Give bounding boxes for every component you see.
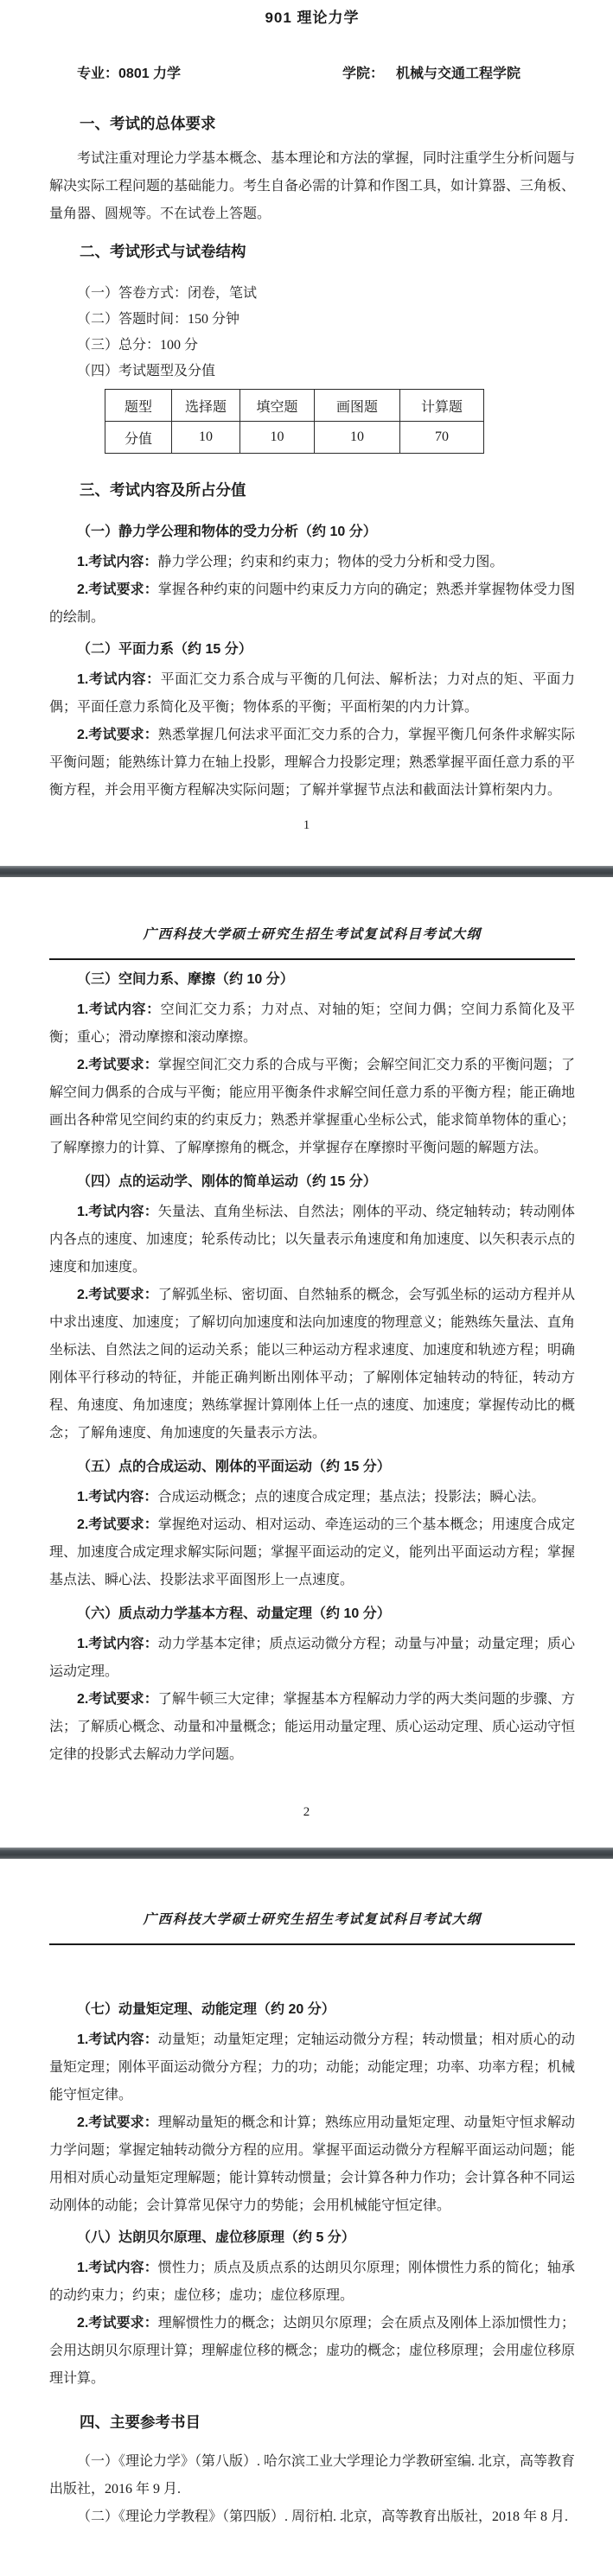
content-label: 1.考试内容： <box>77 1490 157 1504</box>
major-value: 0801 力学 <box>118 67 181 81</box>
major-label: 专业： <box>77 67 118 81</box>
page-1: 901 理论力学 专业：0801 力学 学院：机械与交通工程学院 一、考试的总体… <box>0 0 613 866</box>
section-4-content: 1.考试内容：矢量法、直角坐标法、自然法；刚体的平动、绕定轴转动；转动刚体内各点… <box>49 1199 575 1282</box>
section-4-requirement: 2.考试要求：了解弧坐标、密切面、自然轴系的概念，会写弧坐标的运动方程并从中求出… <box>49 1282 575 1447</box>
section-2-content: 1.考试内容：平面汇交力系合成与平衡的几何法、解析法；力对点的矩、平面力偶；平面… <box>49 666 575 722</box>
content-label: 1.考试内容： <box>77 555 157 569</box>
list-item: （二）答题时间：150 分钟 <box>49 307 575 333</box>
page-header: 广西科技大学硕士研究生招生考试复试科目考试大纲 <box>49 877 575 945</box>
section-3-requirement: 2.考试要求：掌握空间汇交力系的合成与平衡；会解空间汇交力系的平衡问题；了解空间… <box>49 1052 575 1162</box>
reference-list: （一）《理论力学》（第八版）. 哈尔滨工业大学理论力学教研室编. 北京，高等教育… <box>49 2448 575 2531</box>
requirement-label: 2.考试要求： <box>77 2316 158 2331</box>
page-header: 广西科技大学硕士研究生招生考试复试科目考试大纲 <box>49 1859 575 1930</box>
table-header-cell: 选择题 <box>172 390 240 422</box>
college-value: 机械与交通工程学院 <box>396 67 520 81</box>
part4-heading: 四、主要参考书目 <box>49 2412 575 2433</box>
requirement-label: 2.考试要求： <box>77 1692 158 1707</box>
part1-paragraph: 考试注重对理论力学基本概念、基本理论和方法的掌握，同时注重学生分析问题与解决实际… <box>49 145 575 228</box>
header-rule <box>49 1943 575 1945</box>
section-3-content: 1.考试内容：空间汇交力系；力对点、对轴的矩；空间力偶；空间力系简化及平衡；重心… <box>49 996 575 1052</box>
college-group: 学院：机械与交通工程学院 <box>342 65 520 84</box>
score-table: 题型 选择题 填空题 画图题 计算题 分值 10 10 10 70 <box>105 389 484 454</box>
content-label: 1.考试内容： <box>77 1002 161 1017</box>
section-1-requirement: 2.考试要求：掌握各种约束的问题中约束反力方向的确定；熟悉并掌握物体受力图的绘制… <box>49 576 575 632</box>
requirement-label: 2.考试要求： <box>77 1058 158 1072</box>
document-title: 901 理论力学 <box>49 0 575 29</box>
content-text: 合成运动概念；点的速度合成定理；基点法；投影法；瞬心法。 <box>157 1490 545 1504</box>
table-cell: 分值 <box>105 422 172 454</box>
document-viewer: 901 理论力学 专业：0801 力学 学院：机械与交通工程学院 一、考试的总体… <box>0 0 613 2576</box>
section-7-heading: （七）动量矩定理、动能定理（约 20 分） <box>49 1999 575 2021</box>
table-cell: 10 <box>172 422 240 454</box>
requirement-label: 2.考试要求： <box>77 582 158 597</box>
requirement-label: 2.考试要求： <box>77 1288 158 1302</box>
exam-format-list: （一）答卷方式：闭卷，笔试 （二）答题时间：150 分钟 （三）总分：100 分… <box>49 281 575 385</box>
part1-heading: 一、考试的总体要求 <box>49 113 575 134</box>
table-cell: 10 <box>315 422 400 454</box>
page-separator <box>0 866 613 877</box>
section-6-content: 1.考试内容：动力学基本定律；质点运动微分方程；动量与冲量；动量定理；质心运动定… <box>49 1631 575 1686</box>
content-label: 1.考试内容： <box>77 1637 158 1651</box>
list-item: （一）答卷方式：闭卷，笔试 <box>49 281 575 307</box>
section-8-heading: （八）达朗贝尔原理、虚位移原理（约 5 分） <box>49 2227 575 2249</box>
page-2: 广西科技大学硕士研究生招生考试复试科目考试大纲 （三）空间力系、摩擦（约 10 … <box>0 877 613 1848</box>
page-number: 1 <box>0 818 613 833</box>
section-8-requirement: 2.考试要求：理解惯性力的概念；达朗贝尔原理；会在质点及刚体上添加惯性力；会用达… <box>49 2310 575 2393</box>
table-row: 分值 10 10 10 70 <box>105 422 484 454</box>
requirement-label: 2.考试要求： <box>77 728 158 742</box>
requirement-label: 2.考试要求： <box>77 1517 158 1532</box>
content-label: 1.考试内容： <box>77 672 161 687</box>
section-1-heading: （一）静力学公理和物体的受力分析（约 10 分） <box>49 521 575 544</box>
content-label: 1.考试内容： <box>77 2032 158 2047</box>
table-cell: 10 <box>240 422 315 454</box>
table-header-cell: 题型 <box>105 390 172 422</box>
table-header-cell: 计算题 <box>400 390 484 422</box>
part2-heading: 二、考试形式与试卷结构 <box>49 241 575 262</box>
content-label: 1.考试内容： <box>77 1205 158 1219</box>
section-6-heading: （六）质点动力学基本方程、动量定理（约 10 分） <box>49 1603 575 1625</box>
section-2-heading: （二）平面力系（约 15 分） <box>49 639 575 661</box>
content-label: 1.考试内容： <box>77 2261 158 2275</box>
meta-row: 专业：0801 力学 学院：机械与交通工程学院 <box>49 65 575 84</box>
page-number: 2 <box>0 1805 613 1820</box>
section-4-heading: （四）点的运动学、刚体的简单运动（约 15 分） <box>49 1171 575 1193</box>
section-2-requirement: 2.考试要求：熟悉掌握几何法求平面汇交力系的合力，掌握平衡几何条件求解实际平衡问… <box>49 722 575 805</box>
requirement-text: 了解弧坐标、密切面、自然轴系的概念，会写弧坐标的运动方程并从中求出速度、加速度；… <box>49 1288 575 1441</box>
college-label: 学院： <box>342 67 384 81</box>
header-rule <box>49 958 575 960</box>
list-item: （四）考试题型及分值 <box>49 359 575 385</box>
page-separator <box>0 1848 613 1859</box>
section-5-requirement: 2.考试要求：掌握绝对运动、相对运动、牵连运动的三个基本概念；用速度合成定理、加… <box>49 1511 575 1594</box>
section-1-content: 1.考试内容：静力学公理；约束和约束力；物体的受力分析和受力图。 <box>49 549 575 576</box>
section-6-requirement: 2.考试要求：了解牛顿三大定律；掌握基本方程解动力学的两大类问题的步骤、方法；了… <box>49 1686 575 1769</box>
list-item: （三）总分：100 分 <box>49 333 575 359</box>
reference-item: （一）《理论力学》（第八版）. 哈尔滨工业大学理论力学教研室编. 北京，高等教育… <box>49 2448 575 2503</box>
requirement-label: 2.考试要求： <box>77 2115 158 2130</box>
table-header-cell: 填空题 <box>240 390 315 422</box>
table-row: 题型 选择题 填空题 画图题 计算题 <box>105 390 484 422</box>
section-8-content: 1.考试内容：惯性力；质点及质点系的达朗贝尔原理；刚体惯性力系的简化；轴承的动约… <box>49 2255 575 2310</box>
content-text: 静力学公理；约束和约束力；物体的受力分析和受力图。 <box>157 555 503 569</box>
table-cell: 70 <box>400 422 484 454</box>
section-5-heading: （五）点的合成运动、刚体的平面运动（约 15 分） <box>49 1456 575 1479</box>
page-3: 广西科技大学硕士研究生招生考试复试科目考试大纲 （七）动量矩定理、动能定理（约 … <box>0 1859 613 2576</box>
section-3-heading: （三）空间力系、摩擦（约 10 分） <box>49 969 575 991</box>
section-7-content: 1.考试内容：动量矩；动量矩定理；定轴运动微分方程；转动惯量；相对质心的动量矩定… <box>49 2026 575 2109</box>
reference-item: （二）《理论力学教程》（第四版）. 周衍柏. 北京，高等教育出版社，2018 年… <box>49 2503 575 2531</box>
part3-heading: 三、考试内容及所占分值 <box>49 480 575 500</box>
table-header-cell: 画图题 <box>315 390 400 422</box>
section-7-requirement: 2.考试要求：理解动量矩的概念和计算；熟练应用动量矩定理、动量矩守恒求解动力学问… <box>49 2109 575 2220</box>
section-5-content: 1.考试内容：合成运动概念；点的速度合成定理；基点法；投影法；瞬心法。 <box>49 1484 575 1511</box>
